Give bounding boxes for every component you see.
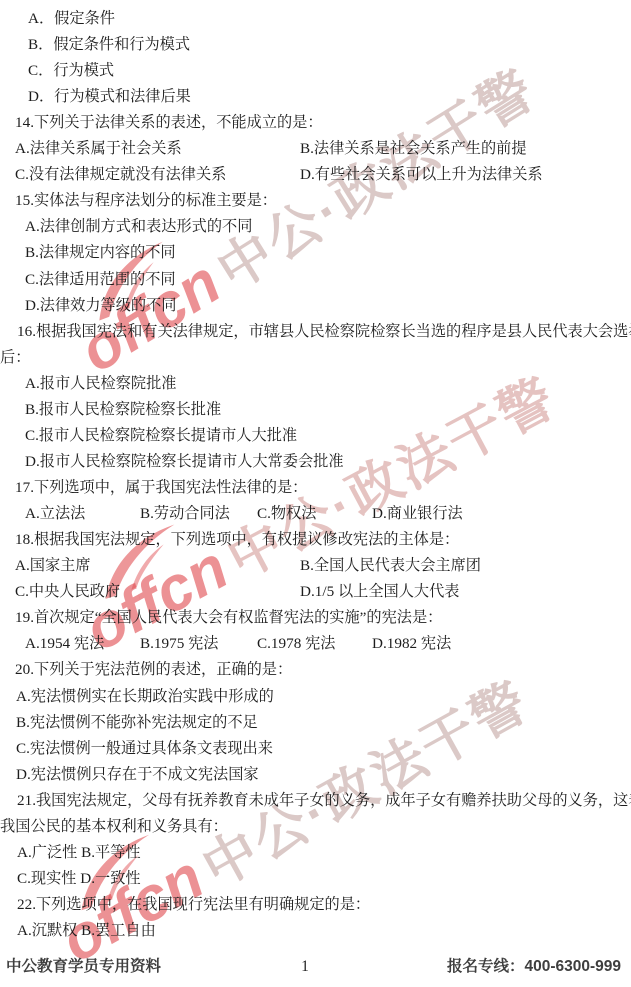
- text-segment: 17.下列选项中，属于我国宪法性法律的是：: [15, 475, 307, 501]
- text-line: 15.实体法与程序法划分的标准主要是：: [0, 188, 631, 214]
- text-segment: D.1/5 以上全国人大代表: [300, 579, 459, 605]
- text-segment: 14.下列关于法律关系的表述，不能成立的是：: [15, 110, 323, 136]
- text-segment: D.有些社会关系可以上升为法律关系: [300, 162, 543, 188]
- text-segment: B.宪法惯例不能弥补宪法规定的不足: [16, 710, 258, 736]
- text-segment: D.1982 宪法: [372, 631, 451, 657]
- text-segment: B.法律规定内容的不同: [25, 240, 176, 266]
- text-line: 18.根据我国宪法规定，下列选项中，有权提议修改宪法的主体是：: [0, 527, 631, 553]
- text-segment: A.1954 宪法: [25, 631, 104, 657]
- text-line: C.法律适用范围的不同: [0, 267, 631, 293]
- text-segment: A.宪法惯例实在长期政治实践中形成的: [16, 684, 274, 710]
- text-segment: C.中央人民政府: [15, 579, 120, 605]
- text-segment: C.报市人民检察院检察长提请市人大批准: [25, 423, 297, 449]
- text-segment: A.报市人民检察院批准: [25, 371, 176, 397]
- text-line: A.国家主席B.全国人民代表大会主席团: [0, 553, 631, 579]
- text-segment: B.1975 宪法: [140, 631, 218, 657]
- text-segment: A.立法法: [25, 501, 85, 527]
- text-segment: C.现实性 D.一致性: [17, 866, 141, 892]
- text-segment: A.法律关系属于社会关系: [15, 136, 182, 162]
- text-line: C.没有法律规定就没有法律关系D.有些社会关系可以上升为法律关系: [0, 162, 631, 188]
- text-line: 20.下列关于宪法范例的表述，正确的是：: [0, 657, 631, 683]
- text-line: C．行为模式: [0, 58, 631, 84]
- text-line: B.法律规定内容的不同: [0, 240, 631, 266]
- text-line: A．假定条件: [0, 6, 631, 32]
- text-segment: C.没有法律规定就没有法律关系: [15, 162, 226, 188]
- text-line: C.中央人民政府D.1/5 以上全国人大代表: [0, 579, 631, 605]
- text-line: B．假定条件和行为模式: [0, 32, 631, 58]
- exam-document-page: offcn 中公·政法干警 offcn 中公·政法干警 offcn 中公·政法干…: [0, 0, 631, 987]
- text-segment: D.法律效力等级的不同: [25, 293, 176, 319]
- text-line: 19.首次规定“全国人民代表大会有权监督宪法的实施”的宪法是：: [0, 605, 631, 631]
- text-line: A.沉默权 B.罢工自由: [0, 918, 631, 944]
- text-segment: C.1978 宪法: [257, 631, 335, 657]
- text-line: 我国公民的基本权利和义务具有：: [0, 814, 631, 840]
- text-segment: B．假定条件和行为模式: [28, 32, 190, 58]
- text-segment: 15.实体法与程序法划分的标准主要是：: [15, 188, 277, 214]
- text-segment: A．假定条件: [28, 6, 115, 32]
- text-line: A.法律创制方式和表达形式的不同: [0, 214, 631, 240]
- text-segment: C．行为模式: [28, 58, 114, 84]
- text-line: 21.我国宪法规定，父母有抚养教育未成年子女的义务，成年子女有赡养扶助父母的义务…: [0, 788, 631, 814]
- text-segment: A.沉默权 B.罢工自由: [17, 918, 156, 944]
- text-line: A.法律关系属于社会关系B.法律关系是社会关系产生的前提: [0, 136, 631, 162]
- text-segment: 后：: [0, 345, 30, 371]
- text-segment: 22.下列选项中，在我国现行宪法里有明确规定的是：: [17, 892, 370, 918]
- text-line: A.1954 宪法B.1975 宪法C.1978 宪法D.1982 宪法: [0, 631, 631, 657]
- text-segment: A.广泛性 B.平等性: [17, 840, 141, 866]
- text-segment: 19.首次规定“全国人民代表大会有权监督宪法的实施”的宪法是：: [15, 605, 442, 631]
- text-segment: D.商业银行法: [372, 501, 463, 527]
- text-segment: B.全国人民代表大会主席团: [300, 553, 481, 579]
- text-segment: A.国家主席: [15, 553, 91, 579]
- text-line: B.报市人民检察院检察长批准: [0, 397, 631, 423]
- text-line: A.报市人民检察院批准: [0, 371, 631, 397]
- text-line: 22.下列选项中，在我国现行宪法里有明确规定的是：: [0, 892, 631, 918]
- text-line: D.报市人民检察院检察长提请市人大常委会批准: [0, 449, 631, 475]
- text-line: 后：: [0, 345, 631, 371]
- text-segment: B.劳动合同法: [140, 501, 230, 527]
- text-line: A.立法法B.劳动合同法C.物权法D.商业银行法: [0, 501, 631, 527]
- text-segment: 18.根据我国宪法规定，下列选项中，有权提议修改宪法的主体是：: [15, 527, 459, 553]
- text-segment: D.宪法惯例只存在于不成文宪法国家: [16, 762, 259, 788]
- text-segment: D.报市人民检察院检察长提请市人大常委会批准: [25, 449, 344, 475]
- text-line: D.法律效力等级的不同: [0, 293, 631, 319]
- text-segment: D．行为模式和法律后果: [28, 84, 191, 110]
- text-segment: 21.我国宪法规定，父母有抚养教育未成年子女的义务，成年子女有赡养扶助父母的义务…: [17, 788, 631, 814]
- page-footer: 中公教育学员专用资料 1 报名专线：400-6300-999: [0, 954, 631, 980]
- text-segment: 16.根据我国宪法和有关法律规定，市辖县人民检察院检察长当选的程序是县人民代表大…: [17, 319, 631, 345]
- text-line: D.宪法惯例只存在于不成文宪法国家: [0, 762, 631, 788]
- text-line: C.报市人民检察院检察长提请市人大批准: [0, 423, 631, 449]
- text-line: 14.下列关于法律关系的表述，不能成立的是：: [0, 110, 631, 136]
- text-segment: B.报市人民检察院检察长批准: [25, 397, 221, 423]
- text-segment: C.宪法惯例一般通过具体条文表现出来: [16, 736, 273, 762]
- text-line: D．行为模式和法律后果: [0, 84, 631, 110]
- footer-hotline: 报名专线：400-6300-999: [447, 954, 621, 980]
- text-line: 16.根据我国宪法和有关法律规定，市辖县人民检察院检察长当选的程序是县人民代表大…: [0, 319, 631, 345]
- text-line: C.现实性 D.一致性: [0, 866, 631, 892]
- text-segment: A.法律创制方式和表达形式的不同: [25, 214, 252, 240]
- content-lines: A．假定条件B．假定条件和行为模式C．行为模式D．行为模式和法律后果14.下列关…: [0, 0, 631, 987]
- text-segment: B.法律关系是社会关系产生的前提: [300, 136, 527, 162]
- text-line: B.宪法惯例不能弥补宪法规定的不足: [0, 710, 631, 736]
- text-line: C.宪法惯例一般通过具体条文表现出来: [0, 736, 631, 762]
- text-line: 17.下列选项中，属于我国宪法性法律的是：: [0, 475, 631, 501]
- text-line: A.广泛性 B.平等性: [0, 840, 631, 866]
- text-line: A.宪法惯例实在长期政治实践中形成的: [0, 684, 631, 710]
- text-segment: C.法律适用范围的不同: [25, 267, 176, 293]
- text-segment: 我国公民的基本权利和义务具有：: [0, 814, 228, 840]
- text-segment: 20.下列关于宪法范例的表述，正确的是：: [15, 657, 292, 683]
- text-segment: C.物权法: [257, 501, 317, 527]
